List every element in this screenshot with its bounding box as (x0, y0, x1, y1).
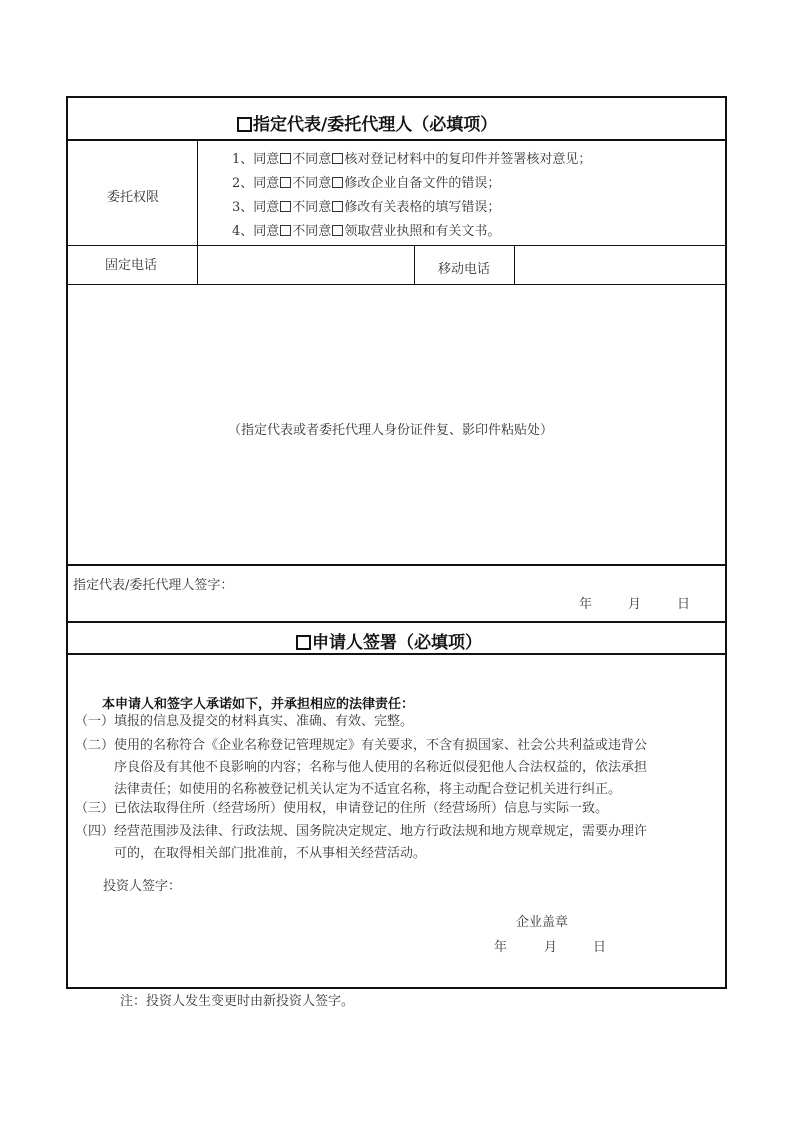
authority-item-3: 3、同意不同意修改有关表格的填写错误； (232, 200, 500, 216)
authority-item-text: 修改有关表格的填写错误； (344, 200, 500, 215)
agent-sign-day: 日 (677, 597, 690, 613)
commitment-line: 经营范围涉及法律、行政法规、国务院决定规定、地方行政法规和地方规章规定，需要办理… (114, 824, 647, 839)
agent-signature-label: 指定代表/委托代理人签字： (73, 578, 233, 594)
authority-item-text: 领取营业执照和有关文书。 (344, 224, 500, 239)
authority-item-text: 修改企业自备文件的错误； (344, 176, 500, 191)
authority-item-2: 2、同意不同意修改企业自备文件的错误； (232, 176, 500, 192)
table-border-bottom (66, 987, 727, 989)
agree-checkbox[interactable] (280, 201, 291, 212)
commitment-line: 已依法取得住所（经营场所）使用权，申请登记的住所（经营场所）信息与实际一致。 (114, 801, 608, 816)
mobile-label: 移动电话 (438, 262, 490, 278)
commitment-line: 填报的信息及提交的材料真实、准确、有效、完整。 (114, 714, 413, 729)
agree-label: 同意 (253, 176, 279, 191)
authority-item-1: 1、同意不同意核对登记材料中的复印件并签署核对意见； (232, 152, 591, 168)
disagree-checkbox[interactable] (332, 153, 343, 164)
table-border-top (66, 96, 727, 98)
agree-label: 同意 (253, 224, 279, 239)
investor-sign-year: 年 (494, 940, 507, 956)
disagree-label: 不同意 (292, 224, 331, 239)
id-paste-note: （指定代表或者委托代理人身份证件复、影印件粘贴处） (228, 423, 553, 439)
commitment-line: 可的，在取得相关部门批准前，不从事相关经营活动。 (75, 843, 647, 865)
divider-below-section2-title (66, 653, 727, 655)
investor-signature-label: 投资人签字： (103, 879, 181, 895)
table-border-right (725, 96, 727, 989)
disagree-checkbox[interactable] (332, 201, 343, 212)
agree-checkbox[interactable] (280, 153, 291, 164)
divider-authority-col (197, 140, 198, 285)
disagree-checkbox[interactable] (332, 225, 343, 236)
disagree-checkbox[interactable] (332, 177, 343, 188)
authority-item-num: 2、 (232, 176, 253, 191)
section2-title-text: 申请人签署（必填项） (312, 633, 482, 653)
commitment-num: （一） (75, 714, 114, 729)
disagree-label: 不同意 (292, 200, 331, 215)
authority-item-num: 3、 (232, 200, 253, 215)
agree-checkbox[interactable] (280, 177, 291, 188)
commitment-item-4: （四）经营范围涉及法律、行政法规、国务院决定规定、地方行政法规和地方规章规定，需… (75, 821, 647, 865)
landline-label: 固定电话 (105, 258, 157, 274)
disagree-label: 不同意 (292, 176, 331, 191)
authority-item-num: 1、 (232, 152, 253, 167)
divider-mobile-left (414, 245, 415, 285)
commitment-num: （三） (75, 801, 114, 816)
commitment-line: 序良俗及有其他不良影响的内容；名称与他人使用的名称近似侵犯他人合法权益的，依法承… (75, 757, 647, 779)
section1-checkbox[interactable] (237, 117, 252, 132)
commitment-line: 使用的名称符合《企业名称登记管理规定》有关要求，不含有损国家、社会公共利益或违背… (114, 738, 647, 753)
investor-sign-month: 月 (544, 940, 557, 956)
mobile-field[interactable] (516, 246, 724, 284)
agree-label: 同意 (253, 152, 279, 167)
divider-below-section1-title (66, 139, 727, 141)
agree-label: 同意 (253, 200, 279, 215)
disagree-label: 不同意 (292, 152, 331, 167)
section2-title: 申请人签署（必填项） (296, 628, 482, 653)
landline-field[interactable] (199, 246, 414, 284)
authority-item-text: 核对登记材料中的复印件并签署核对意见； (344, 152, 591, 167)
divider-mobile-right (514, 245, 515, 285)
section1-title-text: 指定代表/委托代理人（必填项） (253, 115, 497, 135)
agent-sign-month: 月 (628, 597, 641, 613)
authority-item-num: 4、 (232, 224, 253, 239)
divider-above-signature (66, 564, 727, 566)
commitment-item-3: （三）已依法取得住所（经营场所）使用权，申请登记的住所（经营场所）信息与实际一致… (75, 798, 608, 820)
investor-sign-day: 日 (593, 940, 606, 956)
commitment-item-2: （二）使用的名称符合《企业名称登记管理规定》有关要求，不含有损国家、社会公共利益… (75, 735, 647, 801)
divider-above-section2 (66, 621, 727, 623)
agree-checkbox[interactable] (280, 225, 291, 236)
commitment-num: （四） (75, 824, 114, 839)
footnote: 注：投资人发生变更时由新投资人签字。 (120, 994, 354, 1010)
commitment-num: （二） (75, 738, 114, 753)
agent-sign-year: 年 (579, 597, 592, 613)
section2-checkbox[interactable] (296, 635, 311, 650)
authority-label: 委托权限 (107, 190, 159, 206)
authority-item-4: 4、同意不同意领取营业执照和有关文书。 (232, 224, 500, 240)
company-seal-label: 企业盖章 (516, 915, 568, 931)
commitment-item-1: （一）填报的信息及提交的材料真实、准确、有效、完整。 (75, 711, 413, 733)
section1-title: 指定代表/委托代理人（必填项） (237, 110, 497, 135)
